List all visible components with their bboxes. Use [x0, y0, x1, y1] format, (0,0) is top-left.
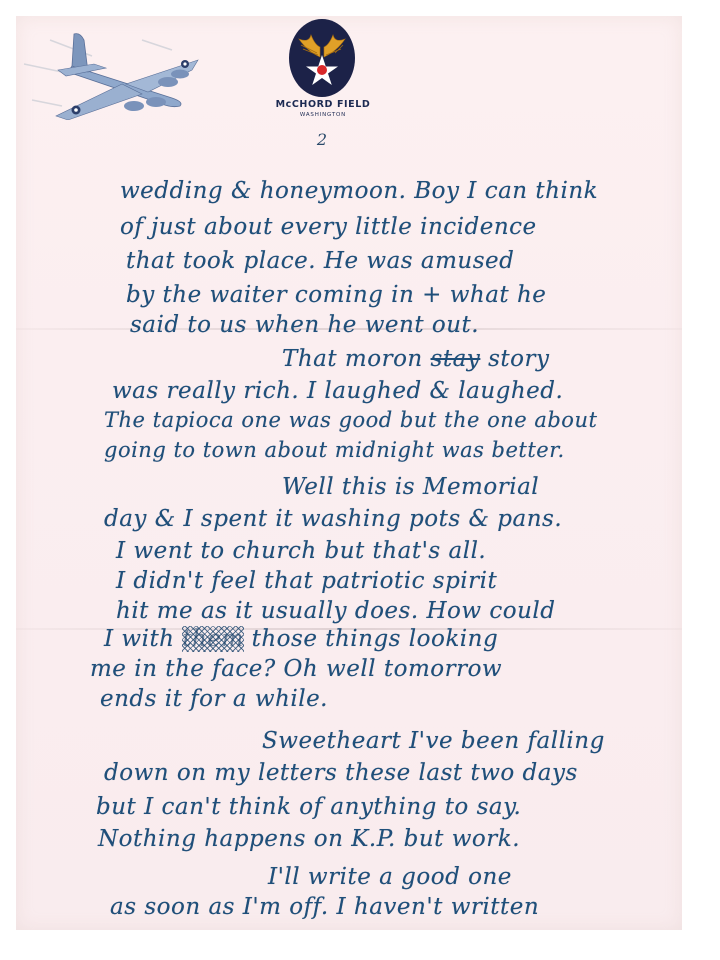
- letter-page: [16, 16, 682, 930]
- letter-line: was really rich. I laughed & laughed.: [112, 378, 563, 404]
- letter-text: That moron: [282, 346, 423, 372]
- letter-line: That moron stay story: [282, 346, 550, 372]
- letter-line: Nothing happens on K.P. but work.: [98, 826, 520, 852]
- letter-line: that took place. He was amused: [126, 248, 514, 274]
- letter-line: as soon as I'm off. I haven't written: [110, 894, 539, 920]
- letterhead-field-name: McCHORD FIELD: [240, 99, 406, 110]
- letter-text: I with: [104, 626, 175, 652]
- bomber-plane-icon: [22, 20, 202, 120]
- letter-line: I with them those things looking: [104, 626, 498, 652]
- letter-line: Sweetheart I've been falling: [262, 728, 605, 754]
- letter-line: of just about every little incidence: [120, 214, 537, 240]
- letter-line: hit me as it usually does. How could: [116, 598, 555, 624]
- letter-line: but I can't think of anything to say.: [96, 794, 521, 820]
- letter-line: I didn't feel that patriotic spirit: [116, 568, 497, 594]
- letter-line: by the waiter coming in + what he: [126, 282, 546, 308]
- letter-line: ends it for a while.: [100, 686, 328, 712]
- letter-line: wedding & honeymoon. Boy I can think: [120, 178, 598, 204]
- army-air-forces-emblem-icon: [287, 17, 357, 99]
- letter-line: day & I spent it washing pots & pans.: [104, 506, 562, 532]
- letter-line: said to us when he went out.: [130, 312, 479, 338]
- scribbled-word: them: [182, 626, 243, 652]
- letterhead-state: WASHINGTON: [240, 112, 406, 118]
- letter-line: I went to church but that's all.: [116, 538, 486, 564]
- letter-line: going to town about midnight was better.: [104, 438, 565, 462]
- letter-line: me in the face? Oh well tomorrow: [90, 656, 502, 682]
- page-number: 2: [312, 130, 332, 149]
- letter-line: I'll write a good one: [268, 864, 512, 890]
- letter-text: those things looking: [252, 626, 499, 652]
- letter-text: story: [488, 346, 549, 372]
- letter-line: Well this is Memorial: [282, 474, 539, 500]
- struck-word: stay: [431, 346, 481, 372]
- letter-line: The tapioca one was good but the one abo…: [104, 408, 597, 432]
- letter-line: down on my letters these last two days: [104, 760, 578, 786]
